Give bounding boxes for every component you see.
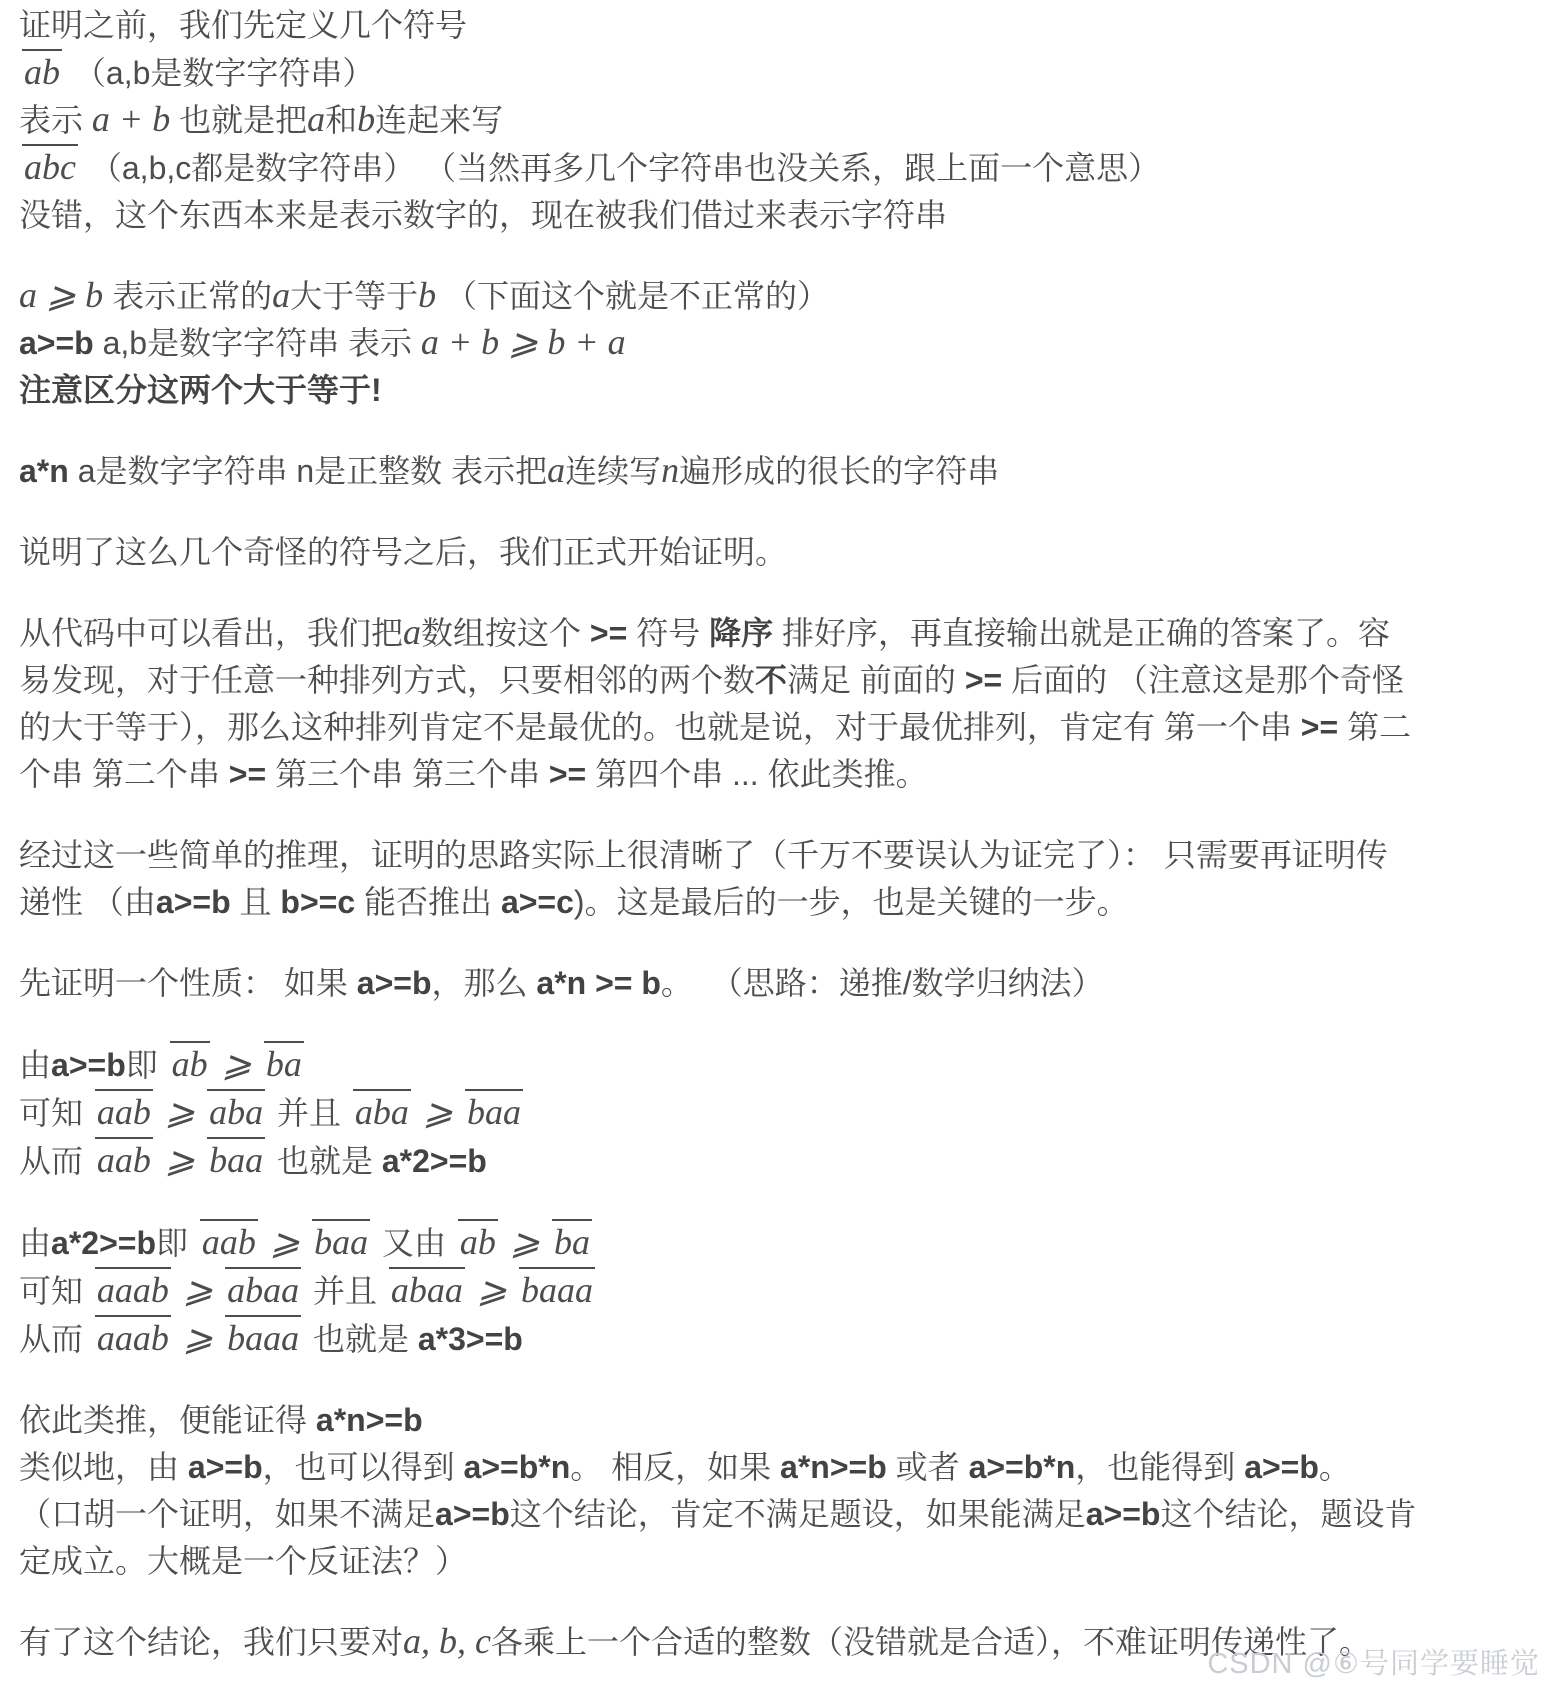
paragraph: a ⩾ b 表示正常的a大于等于b （下面这个就是不正常的）a>=b a,b是数…: [19, 273, 1418, 414]
text-run: 有了这个结论，我们只要对: [19, 1624, 403, 1660]
math-run: ⩾: [261, 1222, 309, 1262]
math-run: ⩾: [156, 1092, 204, 1132]
text-run: 数组按这个: [421, 615, 590, 651]
bold-run: a>=b: [51, 1047, 126, 1083]
bold-run: a*2>=b: [51, 1225, 156, 1261]
math-overline-run: aaab: [95, 1267, 171, 1310]
text-run: 即: [156, 1225, 197, 1261]
bold-run: a*n >= b: [536, 965, 661, 1001]
text-run: 由: [19, 1047, 51, 1083]
text-line: 由a*2>=b即 aab ⩾ baa 又由 ab ⩾ ba: [19, 1219, 1418, 1267]
paragraph: 依此类推，便能证得 a*n>=b类似地，由 a>=b，也可以得到 a>=b*n。…: [19, 1397, 1418, 1585]
text-run: 也就是: [304, 1321, 418, 1357]
text-run: （下面这个就是不正常的）: [436, 278, 829, 314]
bold-run: a>=b: [1244, 1449, 1319, 1485]
math-run: ⩾: [213, 1044, 261, 1084]
text-line: 先证明一个性质： 如果 a>=b，那么 a*n >= b。 （思路：递推/数学归…: [19, 960, 1418, 1007]
math-run: ⩾: [501, 1222, 549, 1262]
math-run: ⩾: [156, 1140, 204, 1180]
text-run: 符号: [627, 615, 709, 651]
bold-run: >=: [590, 615, 627, 651]
math-overline-run: aab: [200, 1219, 258, 1262]
text-line: 类似地，由 a>=b，也可以得到 a>=b*n。 相反，如果 a*n>=b 或者…: [19, 1444, 1418, 1585]
math-overline-run: aba: [207, 1089, 265, 1132]
text-run: )。这是最后的一步，也是关键的一步。: [574, 884, 1129, 920]
text-line: 从而 aaab ⩾ baaa 也就是 a*3>=b: [19, 1315, 1418, 1363]
text-run: 由: [19, 1225, 51, 1261]
text-run: 表示: [19, 102, 92, 138]
bold-run: a>=b: [188, 1449, 263, 1485]
text-run: 表示正常的: [103, 278, 272, 314]
text-run: 连起来写: [375, 102, 503, 138]
text-run: 。 相反，如果: [570, 1449, 780, 1485]
bold-run: a>=b: [19, 325, 94, 361]
text-line: 从代码中可以看出，我们把a数组按这个 >= 符号 降序 排好序，再直接输出就是正…: [19, 610, 1418, 798]
math-run: a + b: [92, 99, 170, 139]
bold-run: >=: [549, 756, 586, 792]
math-run: a: [403, 612, 421, 652]
math-overline-run: ba: [552, 1219, 592, 1262]
paragraph: 先证明一个性质： 如果 a>=b，那么 a*n >= b。 （思路：递推/数学归…: [19, 960, 1418, 1007]
text-run: 连续写: [565, 453, 661, 489]
math-run: a: [307, 99, 325, 139]
bold-run: b>=c: [280, 884, 355, 920]
text-run: a,b是数字字符串 表示: [94, 325, 421, 361]
bold-run: a*2>=b: [382, 1143, 487, 1179]
text-run: 也就是: [268, 1143, 382, 1179]
text-run: 并且: [304, 1273, 386, 1309]
text-run: 第三个串 第三个串: [266, 756, 549, 792]
bold-run: a*n: [19, 453, 69, 489]
bold-run: a>=b*n: [969, 1449, 1076, 1485]
math-overline-run: baa: [465, 1089, 523, 1132]
bold-run: >=: [1301, 709, 1338, 745]
text-run: 这个结论，肯定不满足题设，如果能满足: [510, 1496, 1086, 1532]
text-line: 依此类推，便能证得 a*n>=b: [19, 1397, 1418, 1444]
text-line: 从而 aab ⩾ baa 也就是 a*2>=b: [19, 1137, 1418, 1185]
article-body: 证明之前，我们先定义几个符号ab （a,b是数字字符串）表示 a + b 也就是…: [0, 0, 1548, 1666]
text-line: a>=b a,b是数字字符串 表示 a + b ⩾ b + a: [19, 320, 1418, 367]
math-run: b: [418, 275, 436, 315]
text-line: ab （a,b是数字字符串）: [19, 49, 1418, 97]
text-line: 可知 aab ⩾ aba 并且 aba ⩾ baa: [19, 1089, 1418, 1137]
text-line: a*n a是数字字符串 n是正整数 表示把a连续写n遍形成的很长的字符串: [19, 448, 1418, 495]
text-run: 且: [231, 884, 281, 920]
paragraph: 经过这一些简单的推理，证明的思路实际上很清晰了（千万不要误认为证完了）： 只需要…: [19, 832, 1418, 926]
bold-run: a>=b: [357, 965, 432, 1001]
paragraph: a*n a是数字字符串 n是正整数 表示把a连续写n遍形成的很长的字符串: [19, 448, 1418, 495]
bold-run: a*n>=b: [316, 1402, 423, 1438]
bold-run: a>=b*n: [464, 1449, 571, 1485]
text-run: 类似地，由: [19, 1449, 188, 1485]
math-overline-run: ba: [264, 1041, 304, 1084]
math-overline-run: abc: [22, 144, 78, 187]
text-run: （a,b是数字字符串）: [65, 55, 374, 91]
text-run: 可知: [19, 1273, 92, 1309]
bold-run: a>=b: [1086, 1496, 1161, 1532]
bold-run: 不: [755, 662, 787, 698]
text-run: 又由: [373, 1225, 455, 1261]
math-overline-run: aab: [95, 1137, 153, 1180]
paragraph: 由a>=b即 ab ⩾ ba可知 aab ⩾ aba 并且 aba ⩾ baa从…: [19, 1041, 1418, 1185]
text-run: 并且: [268, 1095, 350, 1131]
text-run: 。 （思路：递推/数学归纳法）: [661, 965, 1104, 1001]
text-run: 能否推出: [355, 884, 501, 920]
math-run: a: [272, 275, 290, 315]
text-run: 从代码中可以看出，我们把: [19, 615, 403, 651]
text-run: 没错，这个东西本来是表示数字的，现在被我们借过来表示字符串: [19, 197, 947, 233]
text-run: 从而: [19, 1143, 92, 1179]
math-overline-run: abaa: [389, 1267, 465, 1310]
text-run: 或者: [887, 1449, 969, 1485]
text-run: 满足 前面的: [787, 662, 965, 698]
bold-run: >=: [965, 662, 1002, 698]
text-run: a是数字字符串 n是正整数 表示把: [69, 453, 547, 489]
paragraph: 从代码中可以看出，我们把a数组按这个 >= 符号 降序 排好序，再直接输出就是正…: [19, 610, 1418, 798]
math-overline-run: ab: [458, 1219, 498, 1262]
math-run: a ⩾ b: [19, 275, 103, 315]
math-overline-run: baa: [207, 1137, 265, 1180]
bold-run: a*n>=b: [780, 1449, 887, 1485]
math-run: ⩾: [174, 1270, 222, 1310]
text-run: 大于等于: [290, 278, 418, 314]
text-run: 也就是把: [170, 102, 307, 138]
bold-run: >=: [229, 756, 266, 792]
math-overline-run: ab: [170, 1041, 210, 1084]
text-run: 遍形成的很长的字符串: [679, 453, 999, 489]
text-run: 依此类推，便能证得: [19, 1402, 316, 1438]
text-line: abc （a,b,c都是数字符串） （当然再多几个字符串也没关系，跟上面一个意思…: [19, 144, 1418, 192]
paragraph: 由a*2>=b即 aab ⩾ baa 又由 ab ⩾ ba可知 aaab ⩾ a…: [19, 1219, 1418, 1363]
text-line: 可知 aaab ⩾ abaa 并且 abaa ⩾ baaa: [19, 1267, 1418, 1315]
bold-run: a>=b: [435, 1496, 510, 1532]
math-run: n: [661, 450, 679, 490]
math-run: a, b, c: [403, 1621, 491, 1661]
csdn-watermark: CSDN @⑥号同学要睡觉: [1207, 1641, 1540, 1682]
text-line: 没错，这个东西本来是表示数字的，现在被我们借过来表示字符串: [19, 192, 1418, 239]
text-run: 可知: [19, 1095, 92, 1131]
text-line: 由a>=b即 ab ⩾ ba: [19, 1041, 1418, 1089]
text-line: 经过这一些简单的推理，证明的思路实际上很清晰了（千万不要误认为证完了）： 只需要…: [19, 832, 1418, 926]
bold-run: 降序: [709, 615, 773, 651]
text-run: ，那么: [432, 965, 537, 1001]
bold-run: 注意区分这两个大于等于!: [19, 372, 382, 408]
text-run: 说明了这么几个奇怪的符号之后，我们正式开始证明。: [19, 534, 787, 570]
text-run: ，也可以得到: [263, 1449, 464, 1485]
text-run: ，也能得到: [1075, 1449, 1244, 1485]
math-run: a + b ⩾ b + a: [421, 322, 626, 362]
math-overline-run: ab: [22, 49, 62, 92]
bold-run: a>=b: [156, 884, 231, 920]
math-overline-run: abaa: [225, 1267, 301, 1310]
math-run: ⩾: [468, 1270, 516, 1310]
bold-run: a*3>=b: [418, 1321, 523, 1357]
math-run: b: [357, 99, 375, 139]
text-run: 第四个串 ... 依此类推。: [586, 756, 927, 792]
math-overline-run: baaa: [519, 1267, 595, 1310]
text-run: 即: [126, 1047, 167, 1083]
math-overline-run: baa: [312, 1219, 370, 1262]
math-overline-run: baaa: [225, 1315, 301, 1358]
paragraph: 证明之前，我们先定义几个符号ab （a,b是数字字符串）表示 a + b 也就是…: [19, 2, 1418, 239]
text-line: 证明之前，我们先定义几个符号: [19, 2, 1418, 49]
text-run: 和: [325, 102, 357, 138]
math-run: ⩾: [174, 1318, 222, 1358]
text-run: 证明之前，我们先定义几个符号: [19, 7, 467, 43]
text-line: 注意区分这两个大于等于!: [19, 367, 1418, 414]
math-overline-run: aaab: [95, 1315, 171, 1358]
math-run: ⩾: [414, 1092, 462, 1132]
math-run: a: [547, 450, 565, 490]
text-run: （a,b,c都是数字符串） （当然再多几个字符串也没关系，跟上面一个意思）: [81, 150, 1160, 186]
text-line: 说明了这么几个奇怪的符号之后，我们正式开始证明。: [19, 529, 1418, 576]
bold-run: a>=c: [501, 884, 574, 920]
text-run: 从而: [19, 1321, 92, 1357]
paragraph: 说明了这么几个奇怪的符号之后，我们正式开始证明。: [19, 529, 1418, 576]
text-run: 先证明一个性质： 如果: [19, 965, 357, 1001]
text-line: 表示 a + b 也就是把a和b连起来写: [19, 97, 1418, 144]
text-line: a ⩾ b 表示正常的a大于等于b （下面这个就是不正常的）: [19, 273, 1418, 320]
math-overline-run: aba: [353, 1089, 411, 1132]
math-overline-run: aab: [95, 1089, 153, 1132]
